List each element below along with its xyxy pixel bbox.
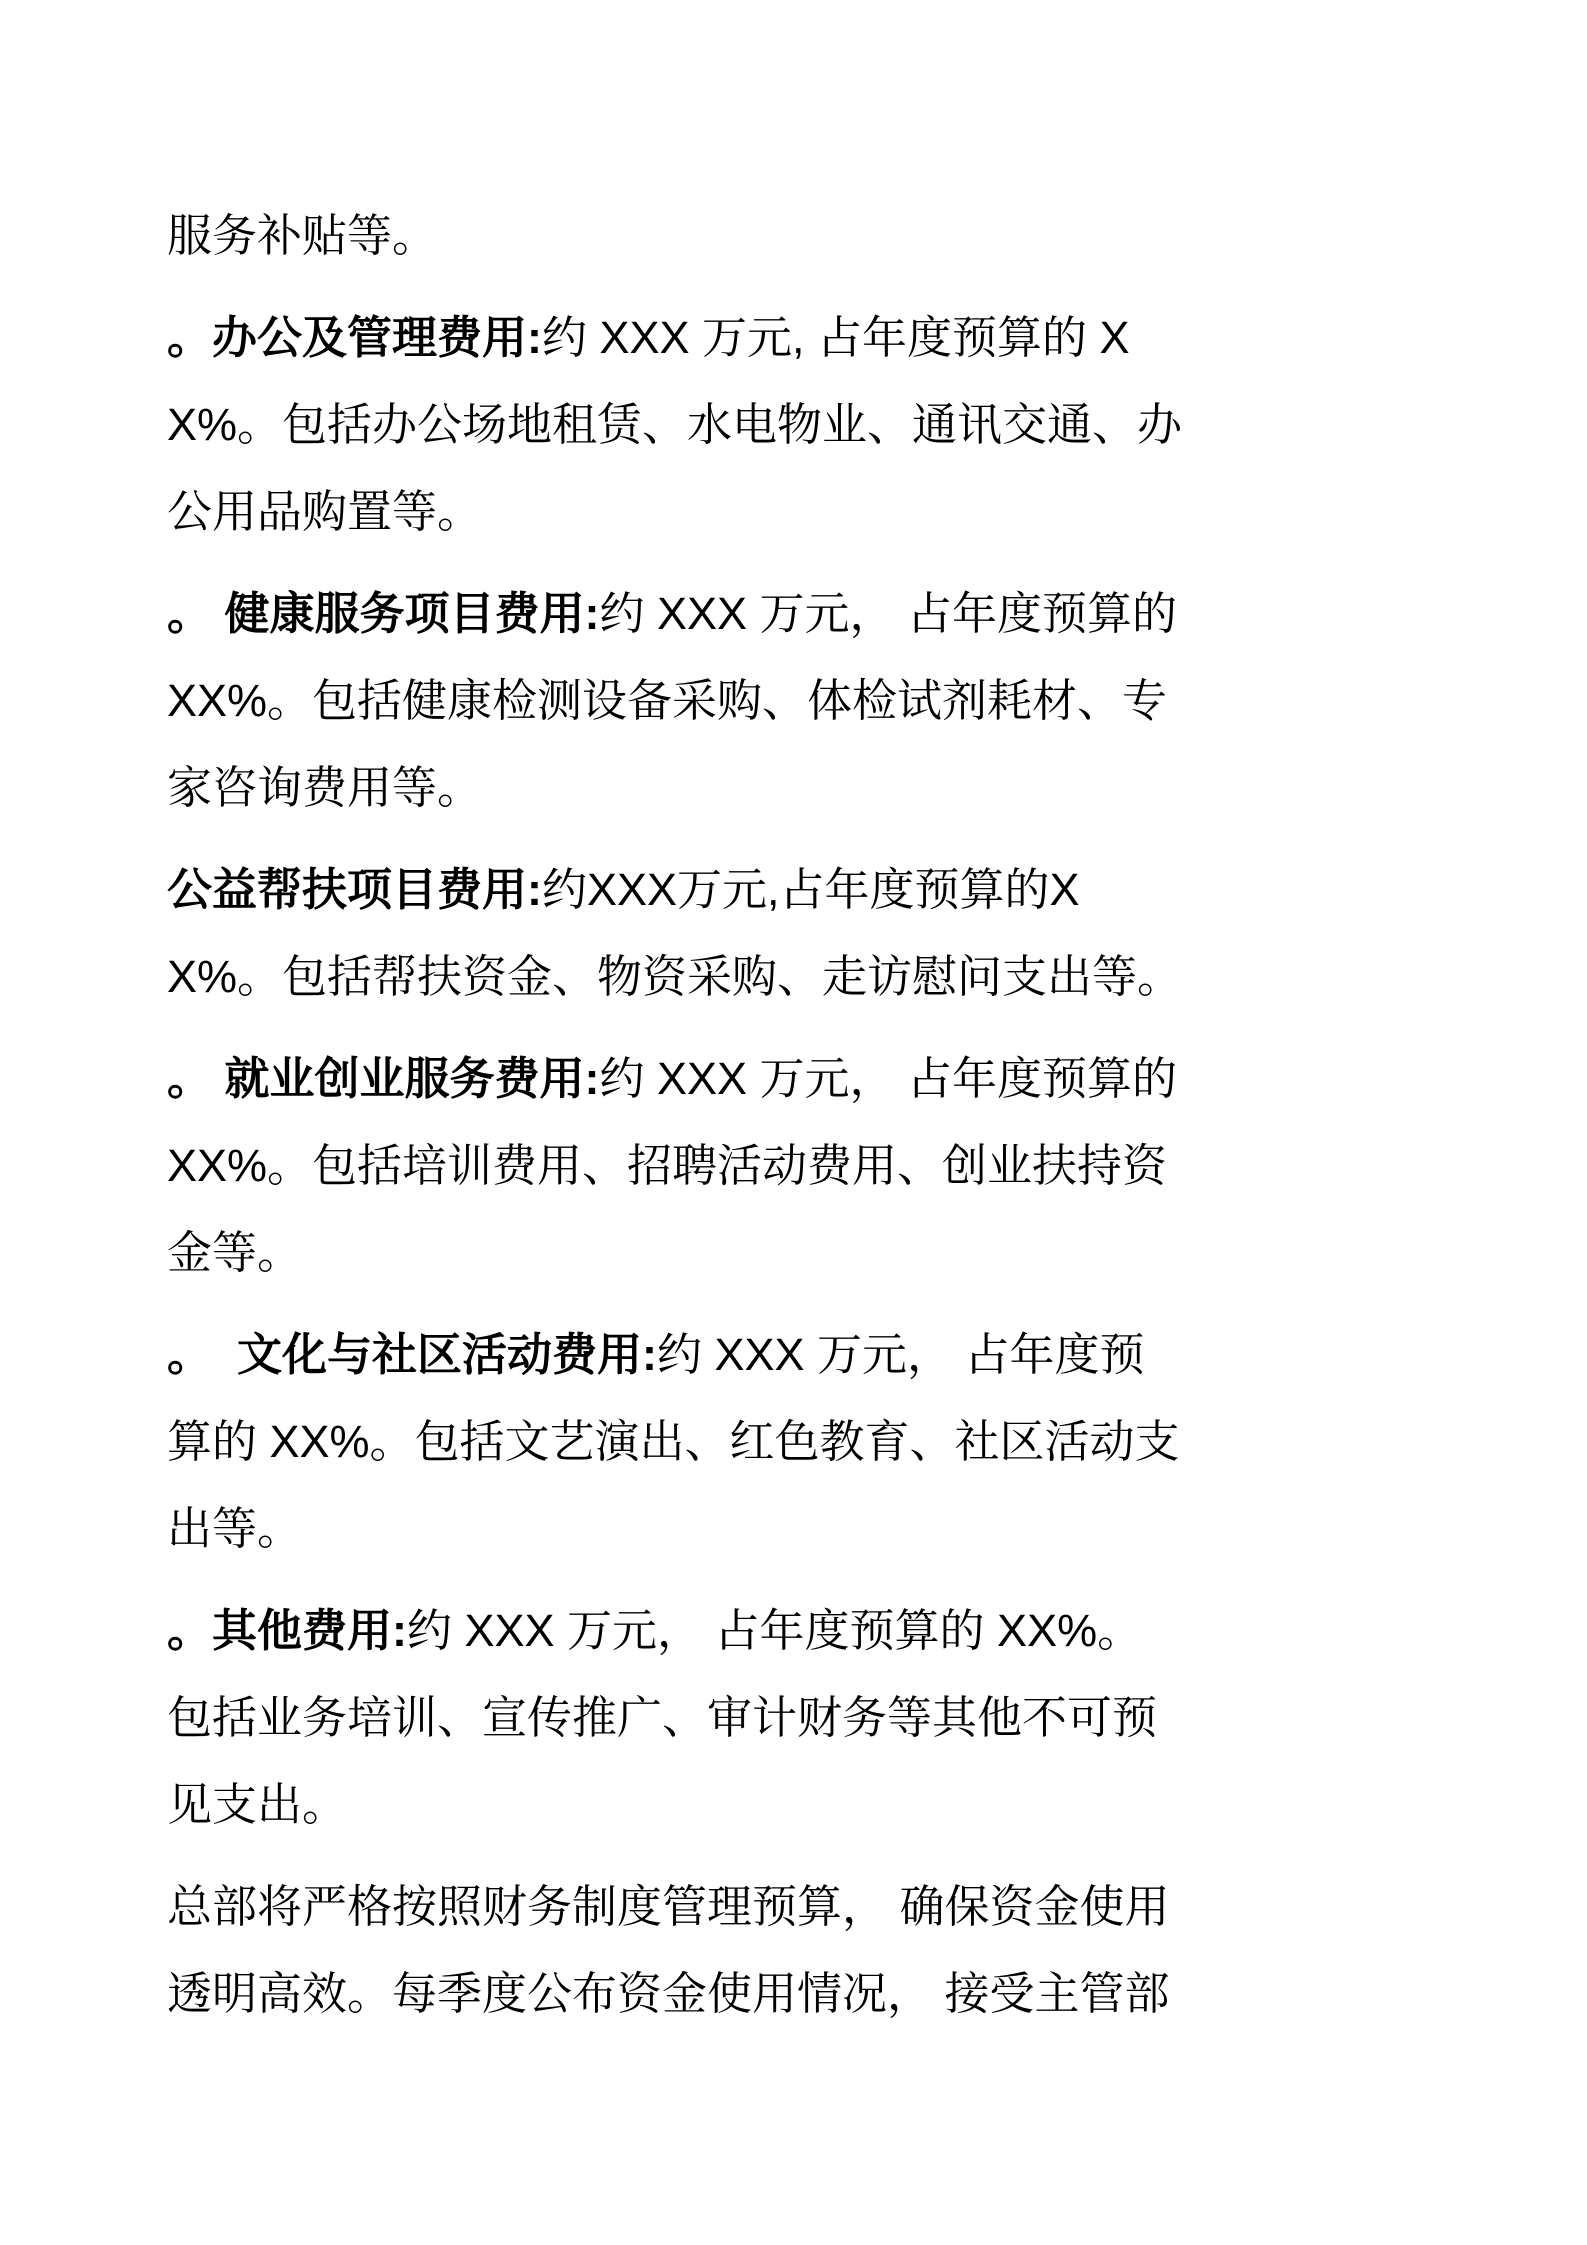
paragraph-lead-in: 。 就业创业服务费用: — [167, 1053, 600, 1104]
paragraph-lead-in: 。其他费用: — [167, 1605, 407, 1656]
paragraph-text: 总部将严格按照财务制度管理预算， 确保资金使用透明高效。每季度公布资金使用情况，… — [167, 1881, 1170, 2019]
paragraph: 。 健康服务项目费用:约 XXX 万元， 占年度预算的 XX%。包括健康检测设备… — [167, 570, 1183, 831]
paragraph: 。 文化与社区活动费用:约 XXX 万元， 占年度预算的 XX%。包括文艺演出、… — [167, 1311, 1183, 1572]
paragraph: 。 就业创业服务费用:约 XXX 万元， 占年度预算的 XX%。包括培训费用、招… — [167, 1035, 1183, 1296]
paragraph-lead-in: 。办公及管理费用: — [167, 312, 542, 363]
paragraph-text: 服务补贴等。 — [167, 210, 437, 261]
paragraph-lead-in: 。 文化与社区活动费用: — [167, 1329, 657, 1380]
paragraph-lead-in: 。 健康服务项目费用: — [167, 588, 600, 639]
document-content: 服务补贴等。。办公及管理费用:约 XXX 万元, 占年度预算的 XX%。包括办公… — [167, 192, 1183, 2037]
paragraph: 。办公及管理费用:约 XXX 万元, 占年度预算的 XX%。包括办公场地租赁、水… — [167, 294, 1183, 555]
paragraph: 公益帮扶项目费用:约XXX万元,占年度预算的XX%。包括帮扶资金、物资采购、走访… — [167, 846, 1183, 1020]
paragraph: 总部将严格按照财务制度管理预算， 确保资金使用透明高效。每季度公布资金使用情况，… — [167, 1863, 1183, 2037]
paragraph: 。其他费用:约 XXX 万元， 占年度预算的 XX%。包括业务培训、宣传推广、审… — [167, 1587, 1183, 1848]
paragraph: 服务补贴等。 — [167, 192, 1183, 279]
paragraph-lead-in: 公益帮扶项目费用: — [167, 864, 542, 915]
document-page: 服务补贴等。。办公及管理费用:约 XXX 万元, 占年度预算的 XX%。包括办公… — [0, 0, 1587, 2245]
